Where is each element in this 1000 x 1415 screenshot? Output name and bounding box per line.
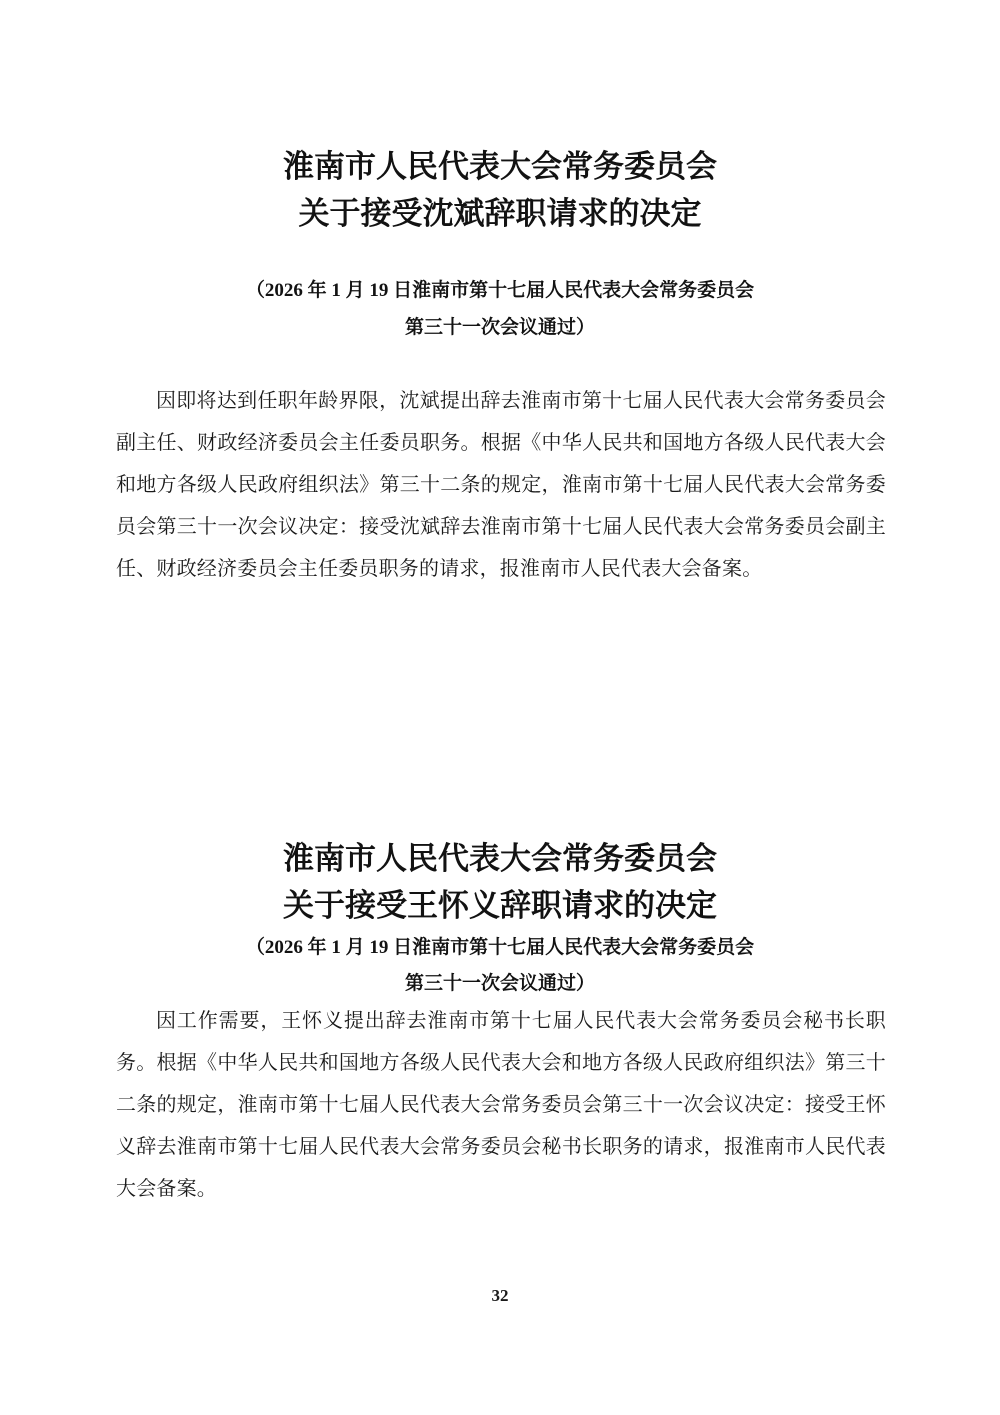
decision-1-title-line-1: 淮南市人民代表大会常务委员会 [0,143,1000,190]
decision-2-adoption-note: （2026 年 1 月 19 日淮南市第十七届人民代表大会常务委员会 第三十一次… [0,930,1000,1002]
decision-2-title-line-2: 关于接受王怀义辞职请求的决定 [0,882,1000,929]
document-page: 淮南市人民代表大会常务委员会 关于接受沈斌辞职请求的决定 （2026 年 1 月… [0,0,1000,1415]
decision-2-title-line-1: 淮南市人民代表大会常务委员会 [0,835,1000,882]
decision-1-adoption-note: （2026 年 1 月 19 日淮南市第十七届人民代表大会常务委员会 第三十一次… [0,272,1000,346]
decision-1-adoption-note-line-2: 第三十一次会议通过） [0,309,1000,346]
decision-1-adoption-note-line-1: （2026 年 1 月 19 日淮南市第十七届人民代表大会常务委员会 [0,272,1000,309]
decision-2-adoption-note-line-2: 第三十一次会议通过） [0,966,1000,1002]
decision-1-title-line-2: 关于接受沈斌辞职请求的决定 [0,190,1000,237]
decision-1-title: 淮南市人民代表大会常务委员会 关于接受沈斌辞职请求的决定 [0,143,1000,237]
decision-2-adoption-note-line-1: （2026 年 1 月 19 日淮南市第十七届人民代表大会常务委员会 [0,930,1000,966]
decision-1-body-paragraph: 因即将达到任职年龄界限，沈斌提出辞去淮南市第十七届人民代表大会常务委员会副主任、… [116,380,886,590]
page-number: 32 [0,1286,1000,1306]
decision-2-body-paragraph: 因工作需要，王怀义提出辞去淮南市第十七届人民代表大会常务委员会秘书长职务。根据《… [116,1000,886,1210]
decision-2-title: 淮南市人民代表大会常务委员会 关于接受王怀义辞职请求的决定 [0,835,1000,929]
